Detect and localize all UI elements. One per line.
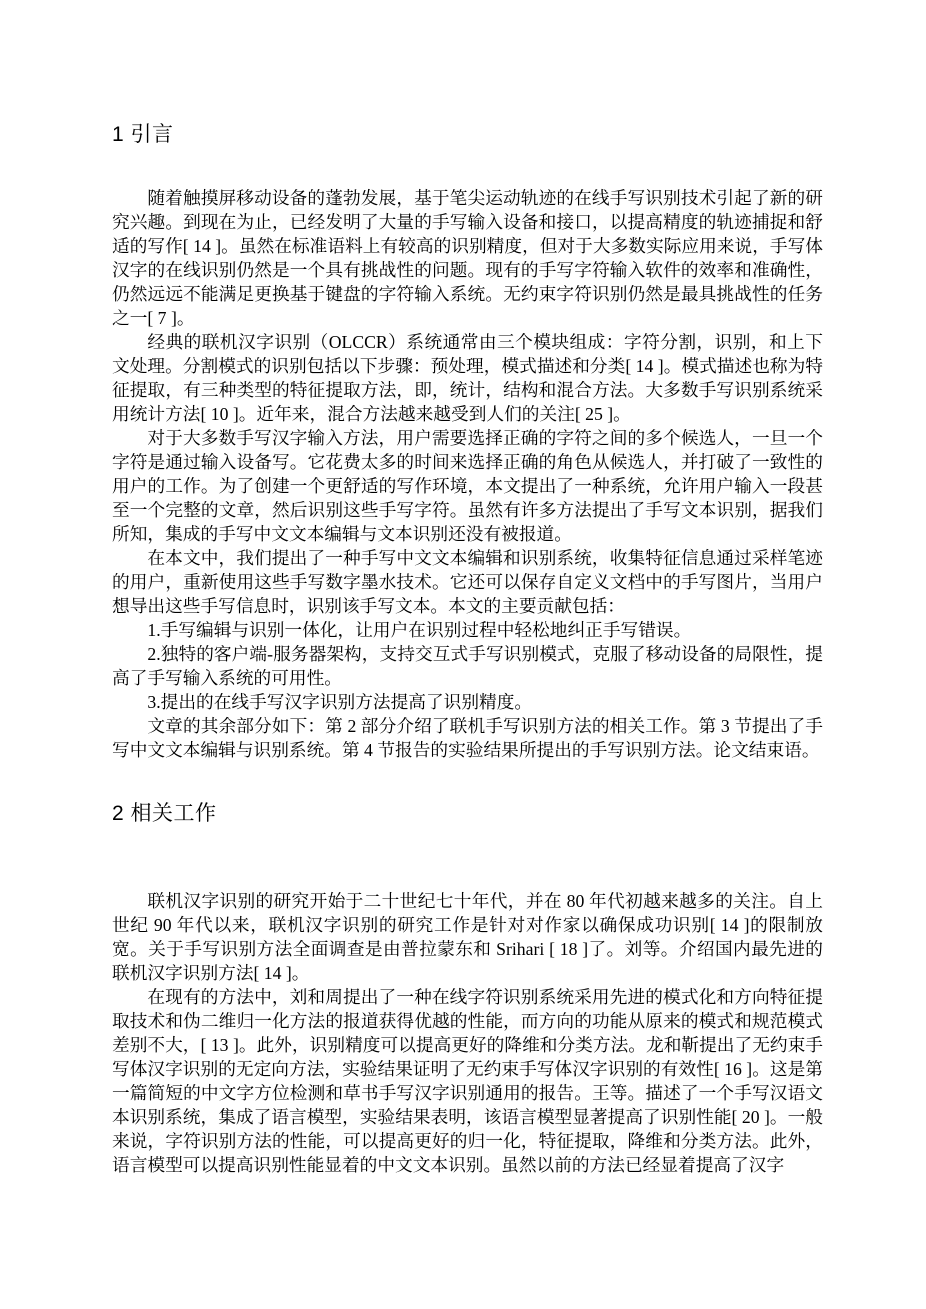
document-page: 1 引言 随着触摸屏移动设备的蓬勃发展，基于笔尖运动轨迹的在线手写识别技术引起了… <box>0 0 926 1309</box>
paragraph-paper-outline: 文章的其余部分如下：第 2 部分介绍了联机手写识别方法的相关工作。第 3 节提出… <box>112 714 823 762</box>
contribution-item-2: 2.独特的客户端-服务器架构，支持交互式手写识别模式，克服了移动设备的局限性，提… <box>112 642 823 690</box>
paragraph-intro-4: 在本文中，我们提出了一种手写中文文本编辑和识别系统，收集特征信息通过采样笔迹的用… <box>112 546 823 618</box>
contribution-item-1: 1.手写编辑与识别一体化，让用户在识别过程中轻松地纠正手写错误。 <box>112 618 823 642</box>
paragraph-related-1: 联机汉字识别的研究开始于二十世纪七十年代，并在 80 年代初越来越多的关注。自上… <box>112 889 823 985</box>
section-1-heading: 1 引言 <box>112 120 823 150</box>
paragraph-intro-1: 随着触摸屏移动设备的蓬勃发展，基于笔尖运动轨迹的在线手写识别技术引起了新的研究兴… <box>112 186 823 330</box>
paragraph-intro-3: 对于大多数手写汉字输入方法，用户需要选择正确的字符之间的多个候选人，一旦一个字符… <box>112 426 823 546</box>
section-2-heading: 2 相关工作 <box>112 799 823 829</box>
paragraph-intro-2: 经典的联机汉字识别（OLCCR）系统通常由三个模块组成：字符分割，识别，和上下文… <box>112 330 823 426</box>
section-introduction: 1 引言 随着触摸屏移动设备的蓬勃发展，基于笔尖运动轨迹的在线手写识别技术引起了… <box>112 120 823 762</box>
section-related-work: 2 相关工作 联机汉字识别的研究开始于二十世纪七十年代，并在 80 年代初越来越… <box>112 799 823 1177</box>
contribution-item-3: 3.提出的在线手写汉字识别方法提高了识别精度。 <box>112 690 823 714</box>
paragraph-related-2: 在现有的方法中，刘和周提出了一种在线字符识别系统采用先进的模式化和方向特征提取技… <box>112 985 823 1177</box>
